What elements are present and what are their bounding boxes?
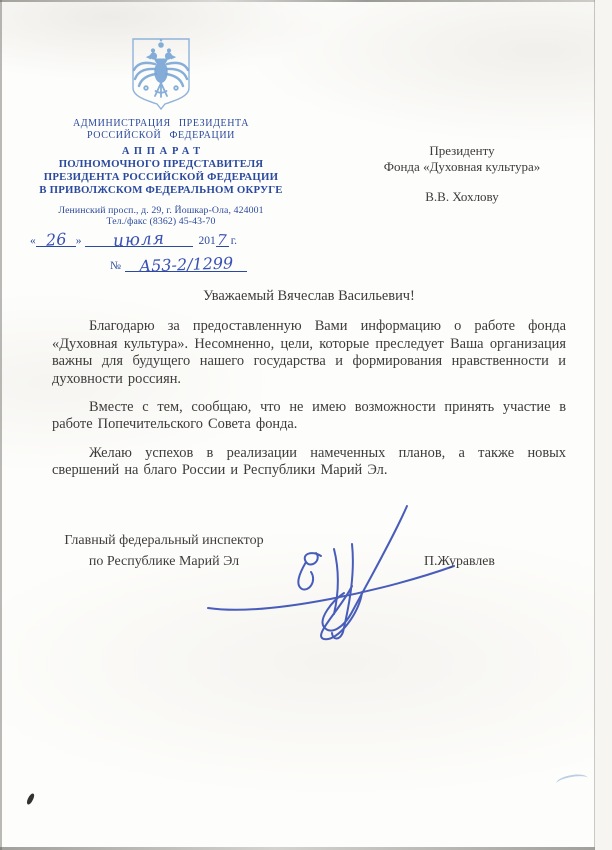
recipient-block: Президенту Фонда «Духовная культура» В.В… [338,143,586,205]
handwritten-month: июля [112,229,165,252]
year-blank: 7 [216,228,229,247]
scan-edge-top [0,0,612,2]
ink-speck [26,793,35,806]
handwritten-signature-icon [200,494,462,644]
paragraph-1: Благодарю за предоставленную Вами информ… [52,318,566,388]
signer-name: П.Журавлев [424,553,495,569]
year-suffix: г. [231,235,237,247]
address-line: Ленинский просп., д. 29, г. Йошкар-Ола, … [18,205,304,217]
month-blank: июля [85,226,193,247]
quote-close: » [76,235,82,247]
day-blank: 26 [36,227,76,247]
org-name-line1: АДМИНИСТРАЦИЯ ПРЕЗИДЕНТА [18,118,304,130]
handwritten-day: 26 [45,229,67,249]
recipient-role: Президенту [338,143,586,159]
scan-edge-right-strip [595,0,612,850]
salutation: Уважаемый Вячеслав Васильевич! [52,288,566,305]
russian-double-headed-eagle-icon [127,36,195,112]
dept-line2: ПОЛНОМОЧНОГО ПРЕДСТАВИТЕЛЯ [18,158,304,171]
org-name-line2: РОССИЙСКОЙ ФЕДЕРАЦИИ [18,130,304,142]
letterhead: АДМИНИСТРАЦИЯ ПРЕЗИДЕНТА РОССИЙСКОЙ ФЕДЕ… [18,36,304,228]
paragraph-2: Вместе с тем, сообщаю, что не имею возмо… [52,399,566,434]
year-printed: 201 [199,235,216,247]
dept-line1: АППАРАТ [18,146,304,158]
number-label: № [110,260,121,272]
scanned-letter-page: АДМИНИСТРАЦИЯ ПРЕЗИДЕНТА РОССИЙСКОЙ ФЕДЕ… [0,0,612,850]
letter-body: Уважаемый Вячеслав Васильевич! Благодарю… [52,288,566,491]
number-blank: А53-2/1299 [125,252,247,272]
handwritten-number: А53-2/1299 [139,253,234,275]
handwritten-year-digit: 7 [217,231,227,249]
date-number-block: « 26 » июля 201 7 г. № А53-2/1299 [30,226,310,272]
scan-edge-left [0,0,2,850]
recipient-org: Фонда «Духовная культура» [338,159,586,175]
dept-line3: ПРЕЗИДЕНТА РОССИЙСКОЙ ФЕДЕРАЦИИ [18,171,304,184]
recipient-name: В.В. Хохлову [338,189,586,205]
faint-pen-mark [555,772,589,789]
paragraph-3: Желаю успехов в реализации намеченных пл… [52,445,566,480]
date-row: « 26 » июля 201 7 г. [30,226,310,247]
dept-line4: В ПРИВОЛЖСКОМ ФЕДЕРАЛЬНОМ ОКРУГЕ [18,184,304,197]
number-row: № А53-2/1299 [110,252,310,272]
paper-edge-right [594,0,595,850]
